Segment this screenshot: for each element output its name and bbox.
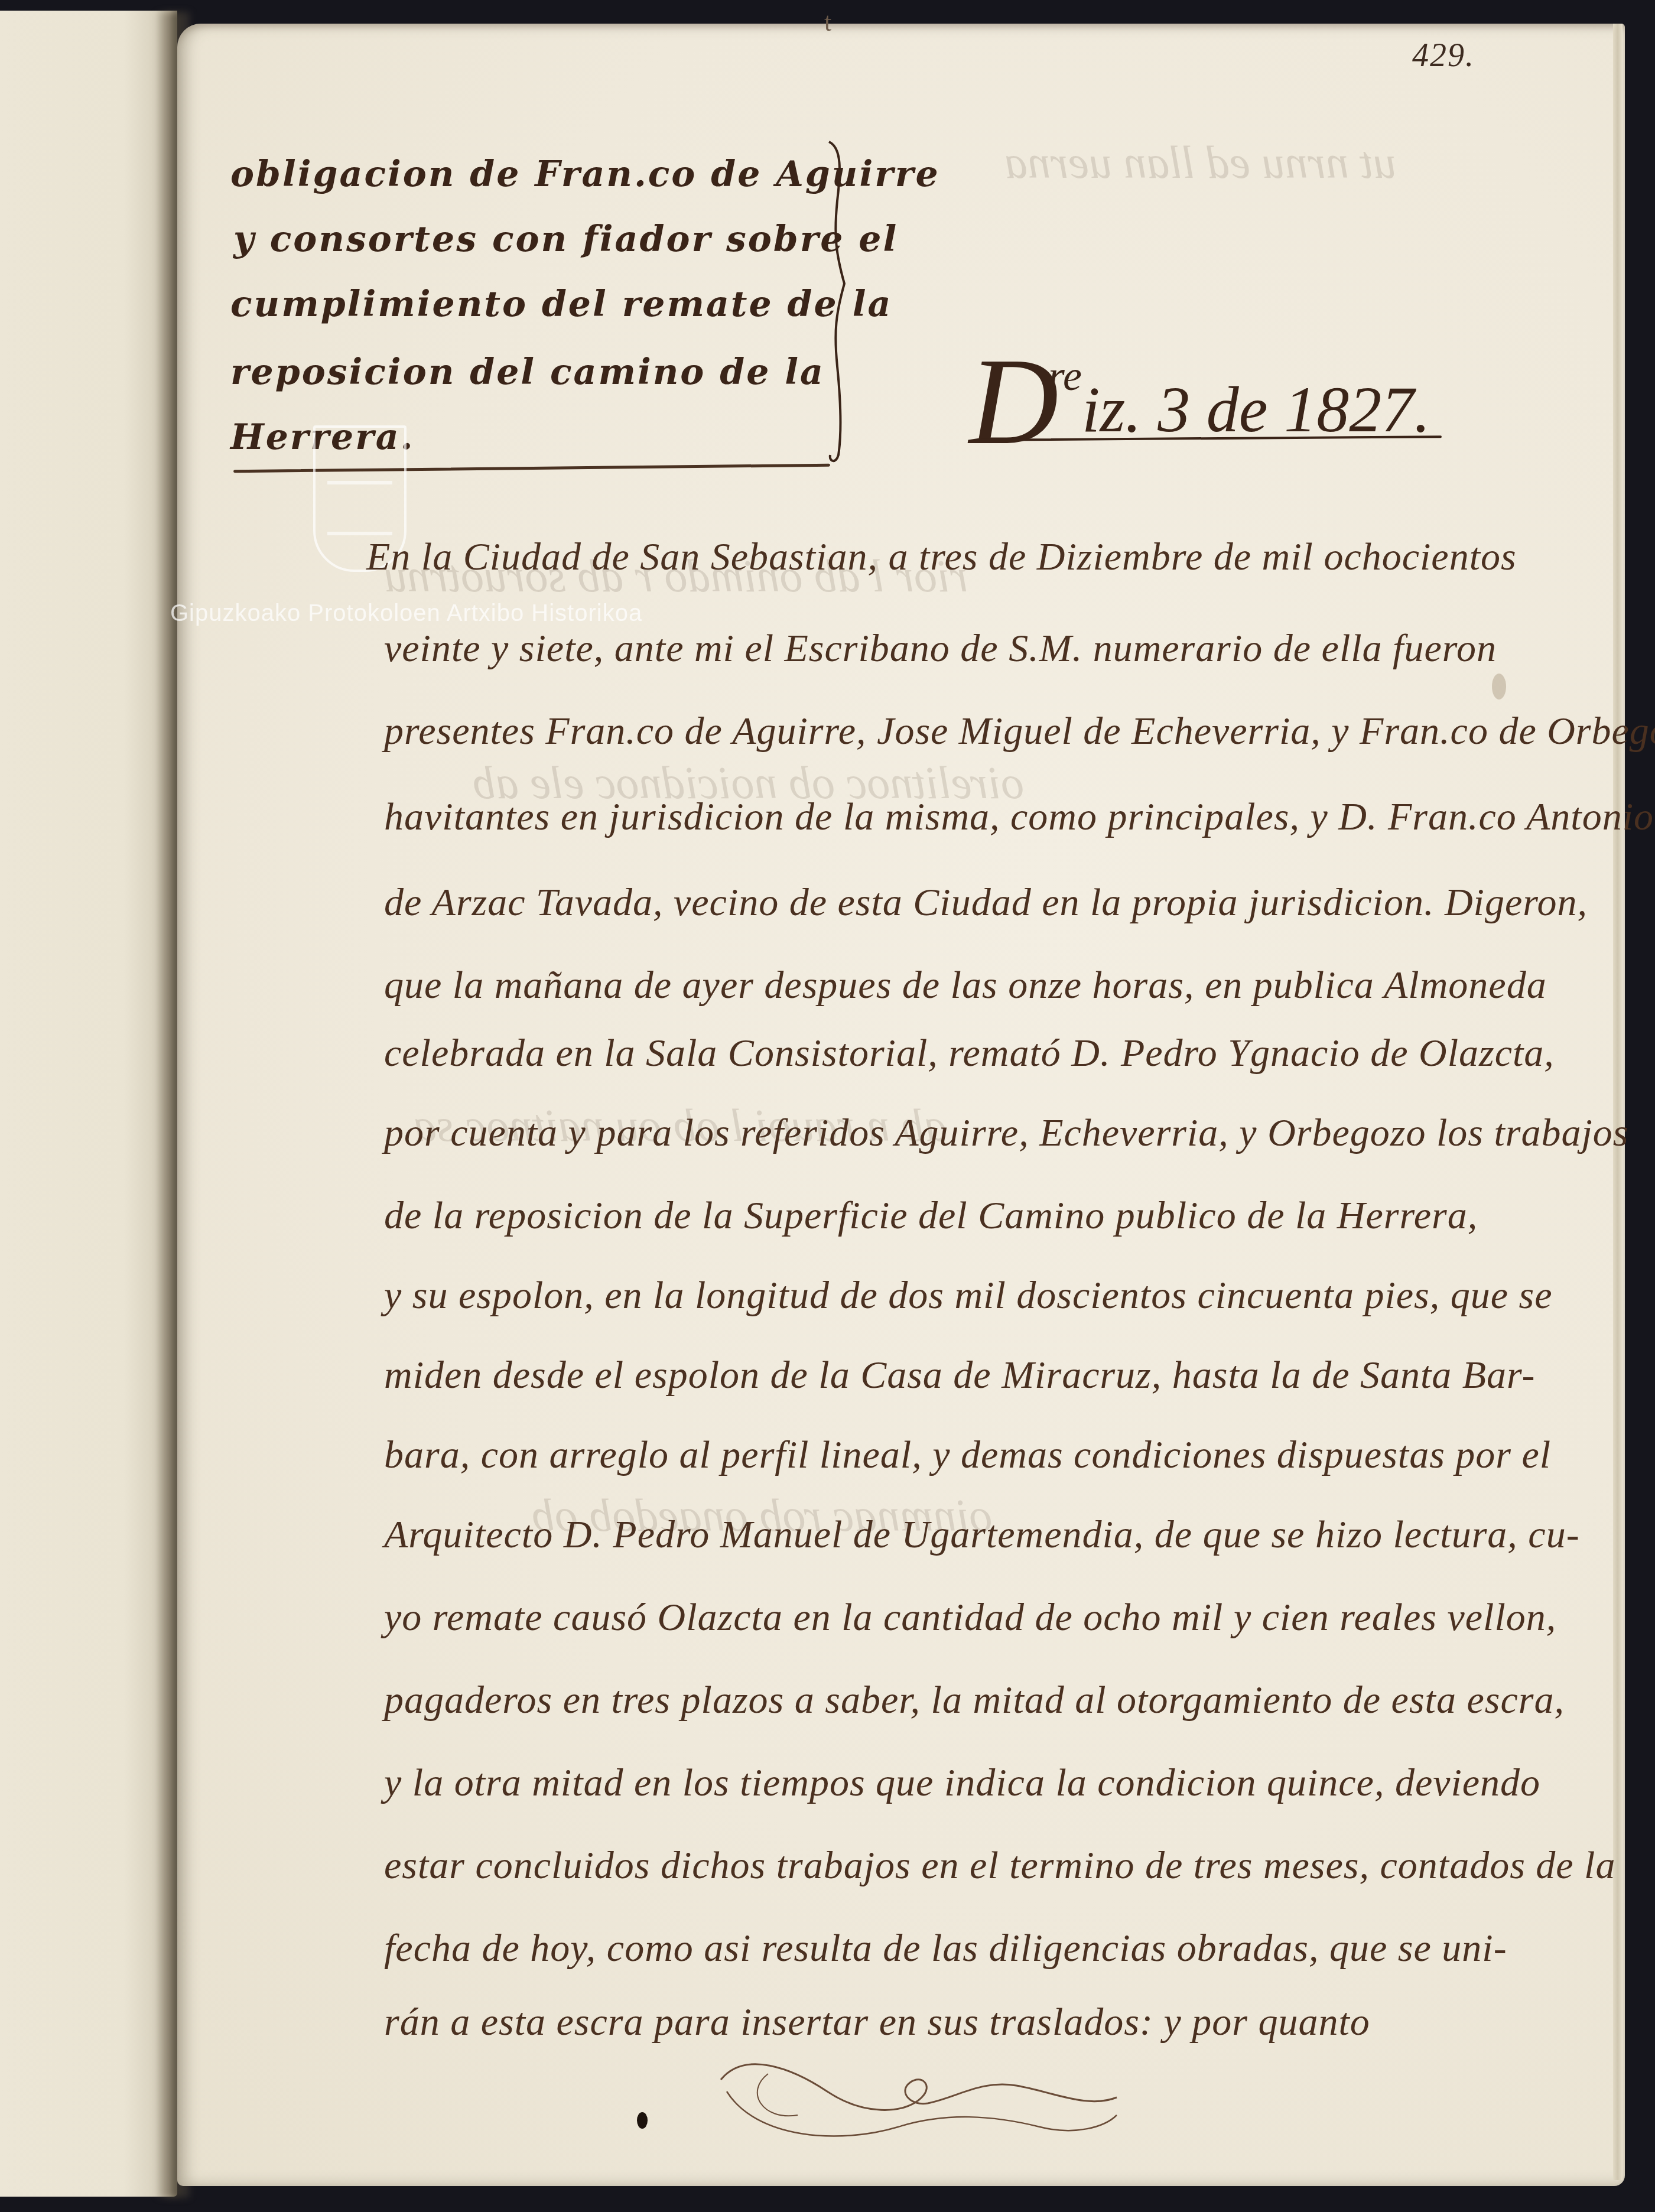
calligraphic-flourish-icon <box>709 2056 1123 2145</box>
body-line: havitantes en jurisdicion de la misma, c… <box>384 795 1654 840</box>
manuscript-scan: ut nrnu ed llan uerna rior l ab onimdo r… <box>0 0 1655 2212</box>
body-line: presentes Fran.co de Aguirre, Jose Migue… <box>384 709 1655 754</box>
body-line: estar concluidos dichos trabajos en el t… <box>384 1843 1615 1888</box>
marginal-title-block: obligacion de Fran.co de Aguirre y conso… <box>230 136 833 467</box>
archive-watermark: Gipuzkoako Protokoloen Artxibo Historiko… <box>170 600 642 627</box>
body-line: y su espolon, en la longitud de dos mil … <box>384 1273 1553 1318</box>
body-line: fecha de hoy, como asi resulta de las di… <box>384 1926 1507 1971</box>
corner-mark: t <box>824 7 831 37</box>
title-line: reposicion del camino de la <box>230 352 825 393</box>
date-text: iz. 3 de 1827. <box>1082 373 1430 445</box>
body-line: En la Ciudad de San Sebastian, a tres de… <box>366 535 1517 580</box>
date-initial: D <box>969 333 1059 470</box>
body-line: yo remate causó Olazcta en la cantidad d… <box>384 1595 1556 1640</box>
date-heading: Dreiz. 3 de 1827. <box>969 331 1430 473</box>
body-line: bara, con arreglo al perfil lineal, y de… <box>384 1433 1551 1478</box>
ink-blot <box>637 2112 648 2129</box>
body-line: de Arzac Tavada, vecino de esta Ciudad e… <box>384 880 1588 925</box>
brace-icon <box>824 136 848 467</box>
body-line: veinte y siete, ante mi el Escribano de … <box>384 626 1497 671</box>
body-line: miden desde el espolon de la Casa de Mir… <box>384 1353 1535 1398</box>
body-line: y la otra mitad en los tiempos que indic… <box>384 1761 1540 1806</box>
paper-stain <box>1492 674 1506 700</box>
date-superscript: re <box>1048 352 1082 399</box>
folio-number: 429. <box>1412 37 1475 74</box>
body-line: celebrada en la Sala Consistorial, remat… <box>384 1031 1555 1076</box>
body-line: pagaderos en tres plazos a saber, la mit… <box>384 1678 1565 1723</box>
title-line: cumplimiento del remate de la <box>230 284 892 325</box>
title-line: y consortes con fiador sobre el <box>233 219 898 260</box>
body-line: por cuenta y para los referidos Aguirre,… <box>384 1111 1629 1156</box>
body-line: Arquitecto D. Pedro Manuel de Ugartemend… <box>384 1512 1580 1557</box>
body-line: que la mañana de ayer despues de las onz… <box>384 963 1547 1008</box>
left-page-verso <box>0 11 177 2197</box>
body-line: de la reposicion de la Superficie del Ca… <box>384 1193 1478 1238</box>
body-line: rán a esta escra para insertar en sus tr… <box>384 2000 1370 2045</box>
